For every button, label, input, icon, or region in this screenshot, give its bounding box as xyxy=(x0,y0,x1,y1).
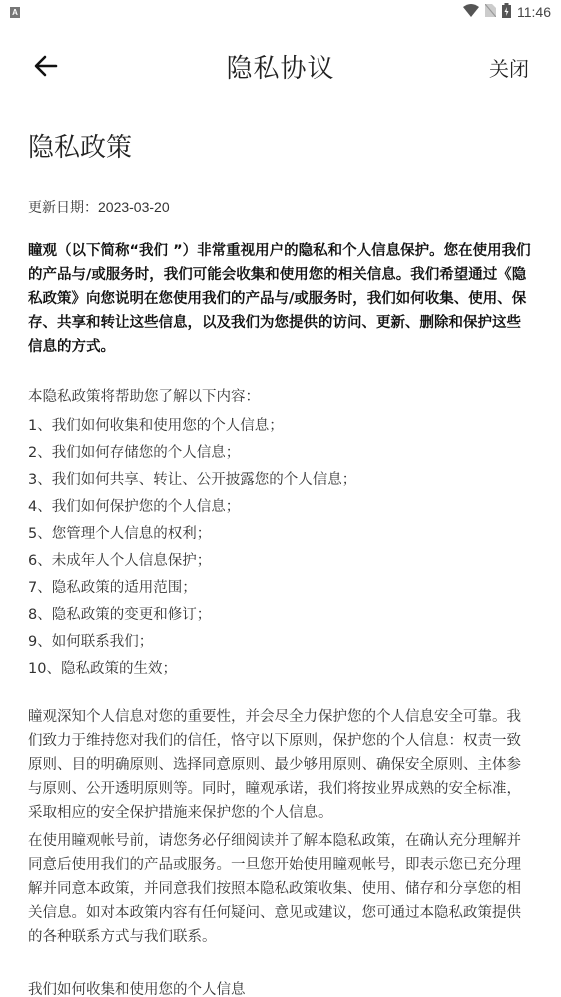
section-heading-collection: 我们如何收集和使用您的个人信息 xyxy=(28,978,533,997)
battery-charging-icon xyxy=(502,3,511,22)
toc-item: 9、如何联系我们； xyxy=(28,629,533,656)
close-button[interactable]: 关闭 xyxy=(489,53,529,82)
toc-item: 8、隐私政策的变更和修订； xyxy=(28,602,533,629)
status-time: 11:46 xyxy=(517,4,551,20)
principles-paragraph: 瞳观深知个人信息对您的重要性，并会尽全力保护您的个人信息安全可靠。我们致力于维持… xyxy=(28,705,533,825)
policy-title: 隐私政策 xyxy=(28,128,533,168)
toc-item: 7、隐私政策的适用范围； xyxy=(28,575,533,602)
toc-item: 2、我们如何存储您的个人信息； xyxy=(28,440,533,467)
toc-item: 6、未成年人个人信息保护； xyxy=(28,548,533,575)
wifi-icon xyxy=(463,4,479,21)
toc-item: 5、您管理个人信息的权利； xyxy=(28,521,533,548)
status-bar: A 11:46 xyxy=(0,0,561,24)
app-header: 隐私协议 关闭 xyxy=(0,36,561,96)
toc-lead: 本隐私政策将帮助您了解以下内容： xyxy=(28,385,533,409)
notification-icon: A xyxy=(10,7,20,18)
no-sim-icon xyxy=(485,4,496,21)
update-date: 更新日期：2023-03-20 xyxy=(28,197,533,217)
toc-list: 1、我们如何收集和使用您的个人信息； 2、我们如何存储您的个人信息； 3、我们如… xyxy=(28,413,533,683)
page-header-title: 隐私协议 xyxy=(0,48,561,85)
toc-item: 3、我们如何共享、转让、公开披露您的个人信息； xyxy=(28,467,533,494)
intro-paragraph: 瞳观（以下简称“我们 ”）非常重视用户的隐私和个人信息保护。您在使用我们的产品与… xyxy=(28,239,533,359)
policy-content[interactable]: 隐私政策 更新日期：2023-03-20 瞳观（以下简称“我们 ”）非常重视用户… xyxy=(28,128,533,997)
toc-item: 1、我们如何收集和使用您的个人信息； xyxy=(28,413,533,440)
consent-paragraph: 在使用瞳观帐号前，请您务必仔细阅读并了解本隐私政策，在确认充分理解并同意后使用我… xyxy=(28,829,533,949)
toc-item: 4、我们如何保护您的个人信息； xyxy=(28,494,533,521)
toc-item: 10、隐私政策的生效； xyxy=(28,656,533,683)
